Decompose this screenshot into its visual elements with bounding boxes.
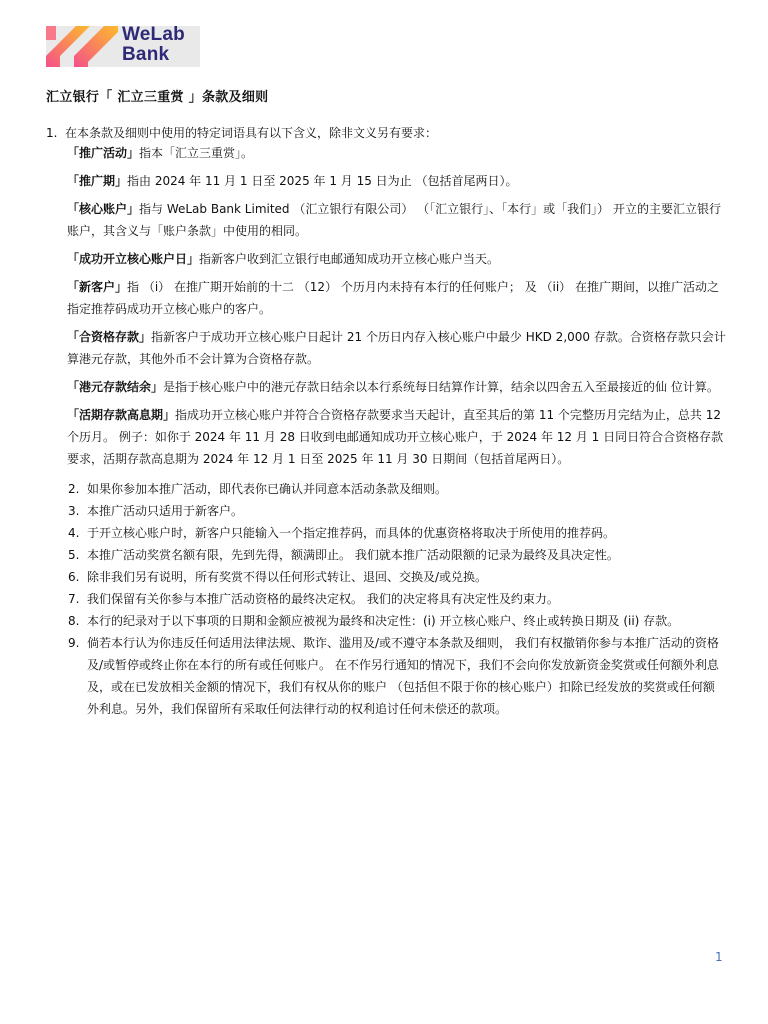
item-number: 3. bbox=[68, 500, 87, 522]
logo-line-2: Bank bbox=[122, 45, 185, 65]
item-number: 1. bbox=[46, 124, 65, 142]
terms-item-2: 2. 如果你参加本推广活动，即代表你已确认并同意本活动条款及细则。 bbox=[68, 478, 726, 500]
definition-term: 「成功开立核心账户日」 bbox=[67, 252, 199, 266]
terms-item-4: 4.于开立核心账户时，新客户只能输入一个指定推荐码，而具体的优惠资格将取决于所使… bbox=[68, 522, 726, 544]
logo-wordmark: WeLab Bank bbox=[122, 25, 185, 65]
definition-term: 「合资格存款」 bbox=[67, 330, 151, 344]
item-number: 2. bbox=[68, 478, 87, 500]
definition-term: 「活期存款高息期」 bbox=[67, 408, 175, 422]
item-number: 7. bbox=[68, 588, 87, 610]
document-title: 汇立银行「 汇立三重赏 」条款及细则 bbox=[46, 86, 268, 105]
definitions-list: 「推广活动」指本「汇立三重赏」。 「推广期」指由 2024 年 11 月 1 日… bbox=[67, 142, 726, 470]
item-number: 6. bbox=[68, 566, 87, 588]
definition-text: 指新客户收到汇立银行电邮通知成功开立核心账户当天。 bbox=[199, 252, 499, 266]
terms-item-1: 1. 在本条款及细则中使用的特定词语具有以下含义，除非文义另有要求： bbox=[46, 124, 726, 142]
item-text: 我们保留有关你参与本推广活动资格的最终决定权。 我们的决定将具有决定性及约束力。 bbox=[87, 588, 726, 610]
terms-item-3: 3.本推广活动只适用于新客户。 bbox=[68, 500, 726, 522]
terms-item-6: 6.除非我们另有说明，所有奖赏不得以任何形式转让、退回、交换及/或兑换。 bbox=[68, 566, 726, 588]
definition-term: 「推广期」 bbox=[67, 174, 127, 188]
item-number: 5. bbox=[68, 544, 87, 566]
definition-term: 「推广活动」 bbox=[67, 146, 139, 160]
terms-item-5: 5.本推广活动奖赏名额有限，先到先得，额满即止。 我们就本推广活动限额的记录为最… bbox=[68, 544, 726, 566]
item-text: 本推广活动只适用于新客户。 bbox=[87, 500, 726, 522]
definition-promotion-period: 「推广期」指由 2024 年 11 月 1 日至 2025 年 1 月 15 日… bbox=[67, 170, 726, 192]
item-text: 于开立核心账户时，新客户只能输入一个指定推荐码，而具体的优惠资格将取决于所使用的… bbox=[87, 522, 726, 544]
terms-content: 1. 在本条款及细则中使用的特定词语具有以下含义，除非文义另有要求： 「推广活动… bbox=[46, 124, 726, 720]
definition-text: 指 （i） 在推广期开始前的十二 （12） 个历月内未持有本行的任何账户； 及 … bbox=[67, 280, 719, 316]
terms-list: 2. 如果你参加本推广活动，即代表你已确认并同意本活动条款及细则。 3.本推广活… bbox=[68, 478, 726, 720]
definition-text: 指与 WeLab Bank Limited （汇立银行有限公司） （「汇立银行」… bbox=[67, 202, 721, 238]
definition-text: 指由 2024 年 11 月 1 日至 2025 年 1 月 15 日为止 （包… bbox=[127, 174, 517, 188]
item-intro: 在本条款及细则中使用的特定词语具有以下含义，除非文义另有要求： bbox=[65, 124, 437, 142]
terms-item-8: 8.本行的纪录对于以下事项的日期和金额应被视为最终和决定性：(i) 开立核心账户… bbox=[68, 610, 726, 632]
item-number: 4. bbox=[68, 522, 87, 544]
definition-hkd-balance: 「港元存款结余」是指于核心账户中的港元存款日结余以本行系统每日结算作计算，结余以… bbox=[67, 376, 726, 398]
definition-text: 指新客户于成功开立核心账户日起计 21 个历日内存入核心账户中最少 HKD 2,… bbox=[67, 330, 726, 366]
definition-text: 指本「汇立三重赏」。 bbox=[139, 146, 253, 160]
item-text: 除非我们另有说明，所有奖赏不得以任何形式转让、退回、交换及/或兑换。 bbox=[87, 566, 726, 588]
item-text: 倘若本行认为你违反任何适用法律法规、欺诈、滥用及/或不遵守本条款及细则， 我们有… bbox=[87, 632, 726, 720]
item-text: 如果你参加本推广活动，即代表你已确认并同意本活动条款及细则。 bbox=[87, 478, 726, 500]
definition-eligible-deposit: 「合资格存款」指新客户于成功开立核心账户日起计 21 个历日内存入核心账户中最少… bbox=[67, 326, 726, 370]
item-text: 本行的纪录对于以下事项的日期和金额应被视为最终和决定性：(i) 开立核心账户、终… bbox=[87, 610, 726, 632]
definition-account-opening-day: 「成功开立核心账户日」指新客户收到汇立银行电邮通知成功开立核心账户当天。 bbox=[67, 248, 726, 270]
welab-bank-logo: WeLab Bank bbox=[46, 26, 200, 67]
item-text: 本推广活动奖赏名额有限，先到先得，额满即止。 我们就本推广活动限额的记录为最终及… bbox=[87, 544, 726, 566]
welab-logo-mark-icon bbox=[46, 26, 118, 67]
definition-core-account: 「核心账户」指与 WeLab Bank Limited （汇立银行有限公司） （… bbox=[67, 198, 726, 242]
definition-term: 「港元存款结余」 bbox=[67, 380, 163, 394]
definition-term: 「核心账户」 bbox=[67, 202, 139, 216]
definition-high-interest-period: 「活期存款高息期」指成功开立核心账户并符合合资格存款要求当天起计，直至其后的第 … bbox=[67, 404, 726, 470]
item-number: 8. bbox=[68, 610, 87, 632]
item-number: 9. bbox=[68, 632, 87, 720]
logo-line-1: WeLab bbox=[122, 25, 185, 45]
definition-promotion: 「推广活动」指本「汇立三重赏」。 bbox=[67, 142, 726, 164]
definition-text: 是指于核心账户中的港元存款日结余以本行系统每日结算作计算，结余以四舍五入至最接近… bbox=[163, 380, 719, 394]
definition-term: 「新客户」 bbox=[67, 280, 127, 294]
page-number: 1 bbox=[715, 950, 723, 964]
terms-item-7: 7.我们保留有关你参与本推广活动资格的最终决定权。 我们的决定将具有决定性及约束… bbox=[68, 588, 726, 610]
definition-new-customer: 「新客户」指 （i） 在推广期开始前的十二 （12） 个历月内未持有本行的任何账… bbox=[67, 276, 726, 320]
terms-item-9: 9.倘若本行认为你违反任何适用法律法规、欺诈、滥用及/或不遵守本条款及细则， 我… bbox=[68, 632, 726, 720]
